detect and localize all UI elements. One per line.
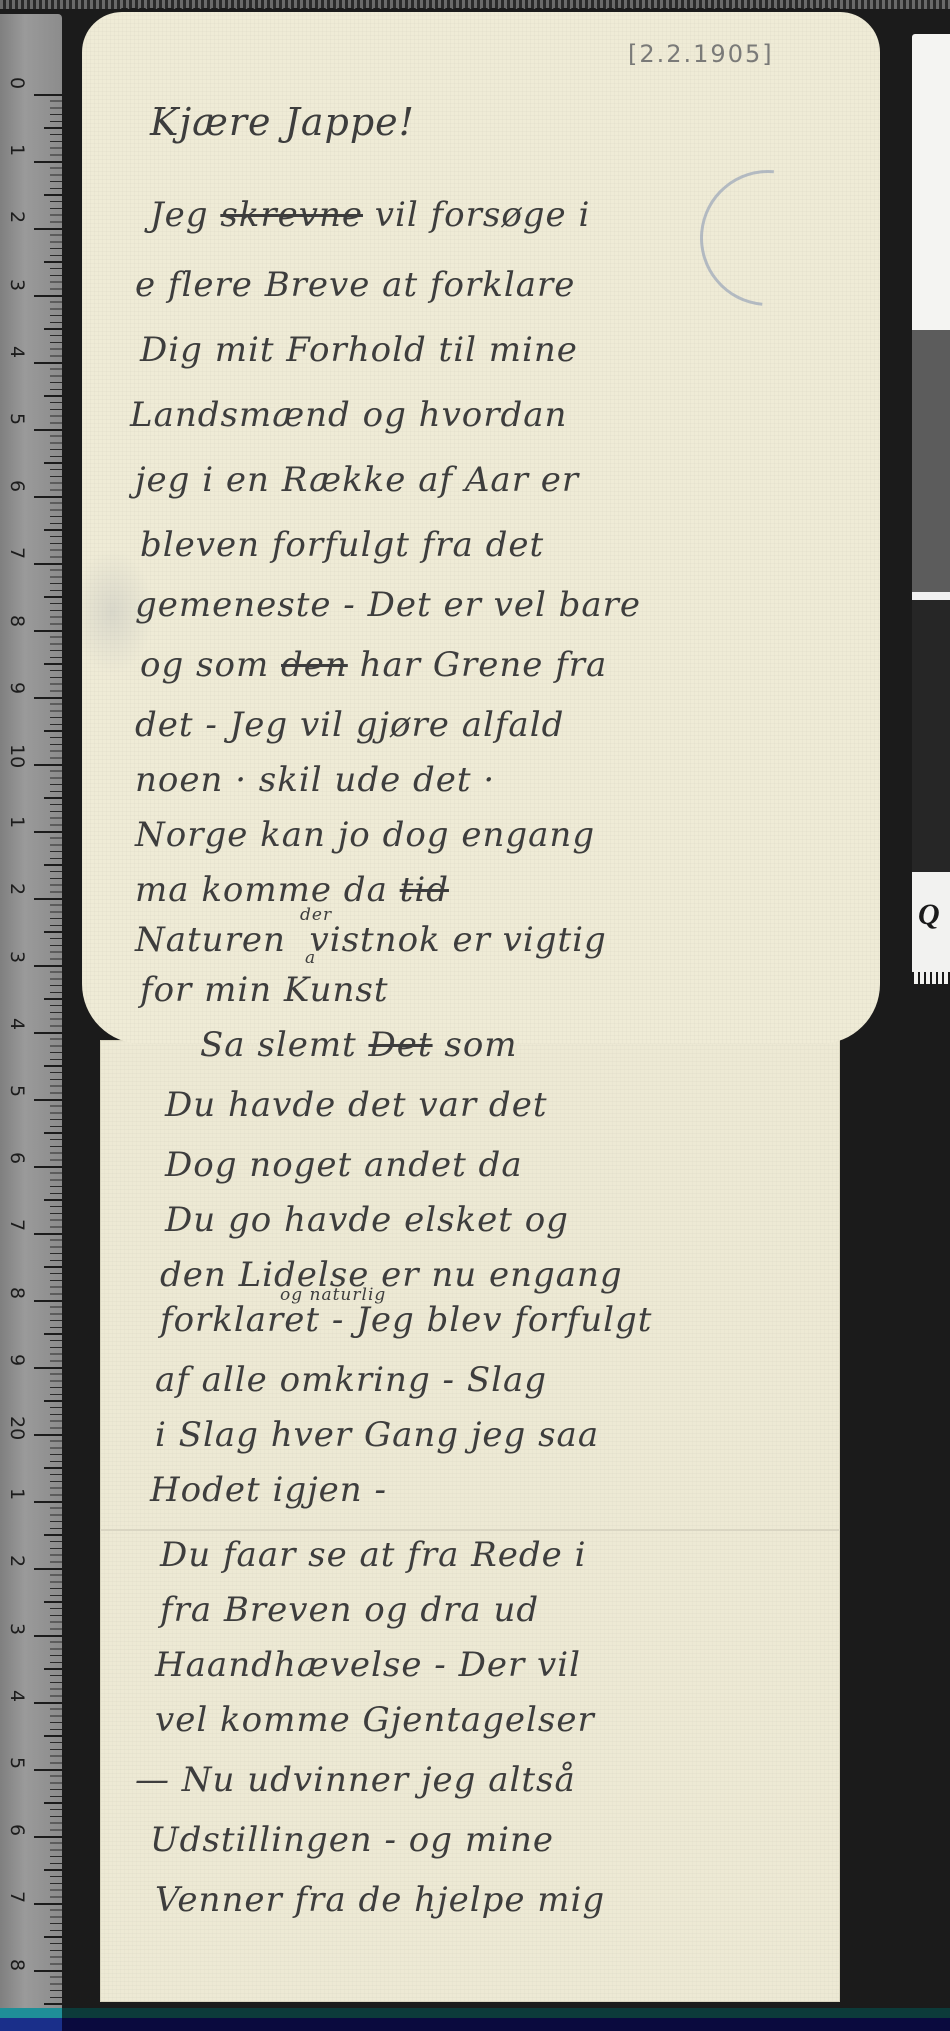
color-patch-white	[912, 34, 950, 330]
handwritten-line: ma komme da tid	[135, 870, 449, 910]
ruler-number-label: 6	[6, 1819, 28, 1841]
ruler-number-label: 20	[6, 1416, 28, 1438]
struck-word: skrevne	[220, 195, 363, 235]
handwritten-line: Udstillingen - og mine	[150, 1820, 554, 1860]
perforated-edge-top	[120, 8, 840, 16]
measuring-ruler	[0, 14, 62, 2008]
handwritten-line: jeg i en Række af Aar er	[135, 460, 579, 500]
ruler-number-label: 0	[6, 72, 28, 94]
scanner-edge-teal	[0, 2008, 950, 2018]
handwritten-line: og som den har Grene fra	[140, 645, 607, 685]
color-target-scale-ticks	[912, 972, 950, 984]
handwritten-line: e flere Breve at forklare	[135, 265, 575, 305]
handwritten-line: Hodet igjen -	[150, 1470, 387, 1510]
ruler-number-label: 9	[6, 1349, 28, 1371]
handwritten-line: Naturen vistnok er vigtig	[135, 920, 607, 960]
perforated-edge-left	[78, 60, 86, 1000]
ruler-number-label: 1	[6, 139, 28, 161]
color-patch-gray	[912, 330, 950, 592]
scanner-edge-navy	[0, 2018, 950, 2031]
handwritten-line: Du go havde elsket og	[165, 1200, 569, 1240]
ruler-number-label: 9	[6, 677, 28, 699]
color-patch-dark	[912, 600, 950, 872]
handwritten-line: vel komme Gjentagelser	[155, 1700, 595, 1740]
ruler-number-label: 6	[6, 475, 28, 497]
handwritten-line: noen · skil ude det ·	[135, 760, 495, 800]
perforated-edge-right	[876, 60, 884, 1000]
ruler-number-label: 3	[6, 1618, 28, 1640]
handwritten-line: Dog noget andet da	[165, 1145, 523, 1185]
struck-word: den	[281, 645, 348, 685]
ruler-number-label: 8	[6, 1954, 28, 1976]
salutation: Kjære Jappe!	[150, 100, 415, 144]
handwritten-line: forklaret - Jeg blev forfulgt	[160, 1300, 652, 1340]
handwritten-line: gemeneste - Det er vel bare	[135, 585, 641, 625]
ruler-number-label: 8	[6, 610, 28, 632]
paper-fold-line	[100, 1529, 840, 1531]
ruler-number-label: 6	[6, 1147, 28, 1169]
handwritten-line: Venner fra de hjelpe mig	[155, 1880, 605, 1920]
handwritten-line: i Slag hver Gang jeg saa	[155, 1415, 599, 1455]
handwritten-line: Landsmænd og hvordan	[130, 395, 567, 435]
ruler-number-label: 10	[6, 744, 28, 766]
ruler-number-label: 1	[6, 811, 28, 833]
ruler-number-label: 4	[6, 1685, 28, 1707]
ruler-number-label: 2	[6, 206, 28, 228]
ruler-number-label: 5	[6, 1080, 28, 1102]
handwritten-line: Haandhævelse - Der vil	[155, 1645, 581, 1685]
handwritten-line: den Lidelse er nu engang	[160, 1255, 623, 1295]
insertion-caret: a	[305, 948, 316, 968]
ruler-number-label: 7	[6, 1886, 28, 1908]
ruler-number-label: 4	[6, 341, 28, 363]
ruler-ticks	[34, 94, 62, 2008]
handwritten-line: Norge kan jo dog engang	[135, 815, 595, 855]
handwritten-line: fra Breven og dra ud	[160, 1590, 539, 1630]
handwritten-line: — Nu udvinner jeg altså	[135, 1760, 576, 1800]
handwritten-line: for min Kunst	[140, 970, 389, 1010]
ruler-number-label: 5	[6, 408, 28, 430]
struck-word: tid	[400, 870, 449, 910]
ruler-number-label: 8	[6, 1282, 28, 1304]
ruler-number-label: 2	[6, 1550, 28, 1572]
archival-date-annotation: [2.2.1905]	[628, 40, 774, 68]
handwritten-line: Jeg skrevne vil forsøge i	[150, 195, 590, 235]
handwritten-line: Du faar se at fra Rede i	[160, 1535, 586, 1575]
handwritten-line: Du havde det var det	[165, 1085, 547, 1125]
handwritten-line: af alle omkring - Slag	[155, 1360, 547, 1400]
ruler-number-label: 7	[6, 1214, 28, 1236]
handwritten-line: Dig mit Forhold til mine	[140, 330, 578, 370]
handwritten-line: det - Jeg vil gjøre alfald	[135, 705, 564, 745]
ruler-number-label: 3	[6, 274, 28, 296]
ruler-number-label: 5	[6, 1752, 28, 1774]
ruler-number-label: 4	[6, 1013, 28, 1035]
ruler-number-label: 7	[6, 542, 28, 564]
handwritten-line: bleven forfulgt fra det	[140, 525, 544, 565]
ruler-number-label: 3	[6, 946, 28, 968]
handwritten-line: Sa slemt Det som	[200, 1025, 518, 1065]
color-patch-separator	[912, 592, 950, 600]
ruler-number-label: 1	[6, 1483, 28, 1505]
struck-word: Det	[369, 1025, 433, 1065]
color-target-label: Q	[918, 898, 940, 932]
ruler-number-label: 2	[6, 878, 28, 900]
